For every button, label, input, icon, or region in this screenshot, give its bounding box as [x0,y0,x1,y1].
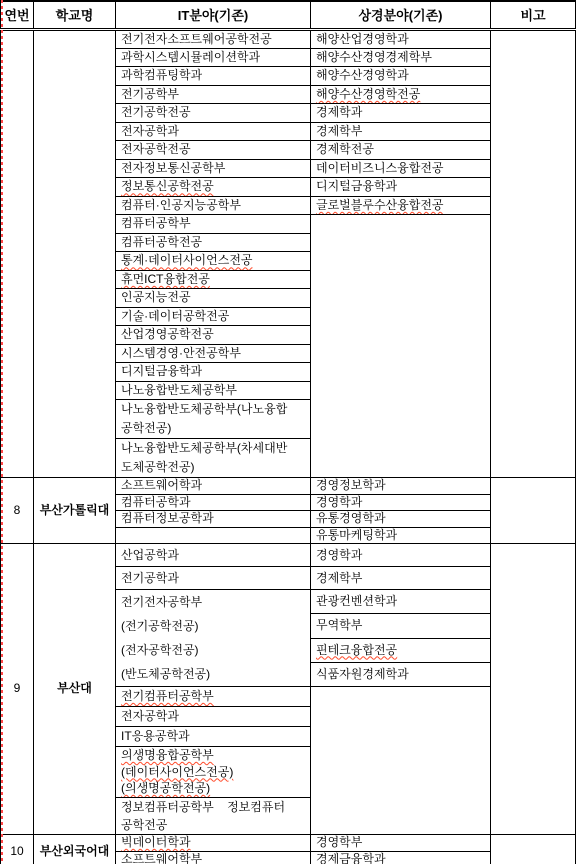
cell-it-major: 디지털금융학과 [116,363,311,382]
cell-group-no: 10 [1,834,34,864]
cell-it-major: 빅데이터학과 [116,834,311,851]
cell-it-major: 전기컴퓨터공학부 [116,687,311,707]
cell-it-major: 의생명융합공학부 (데이터사이언스전공) (의생명공학전공) [116,747,311,798]
cell-it-major: 전자정보통신공학부 [116,159,311,178]
cell-biz-major: 경제금융학과 [311,851,491,864]
cell-biz-major: 유통마케팅학과 [311,527,491,544]
cell-biz-major: 경제학과 [311,104,491,123]
cell-biz-major: 핀테크융합전공 [311,638,491,662]
cell-biz-major: 경영학부 [311,834,491,851]
cell-group-no [1,30,34,478]
cell-it-major: 나노융합반도체공학부(차세대반 도체공학전공) [116,439,311,478]
cell-it-major: 과학시스템시뮬레이션학과 [116,48,311,67]
cell-note [491,478,576,544]
cell-biz-major: 해양수산경영경제학부 [311,48,491,67]
cell-it-major: 시스템경영·안전공학부 [116,344,311,363]
cell-school-name [34,30,116,478]
cell-biz-major: 유통경영학과 [311,511,491,528]
cell-biz-major: 해양수산경영학전공 [311,85,491,104]
cell-it-major: 컴퓨터공학부 [116,215,311,234]
cell-it-major: 나노융합반도체공학부 [116,381,311,400]
cell-line: 공학전공 [121,816,310,834]
cell-it-major: 휴먼ICT융합전공 [116,270,311,289]
cell-biz-major: 디지털금융학과 [311,178,491,197]
table-row: 전기전자소프트웨어공학전공 해양산업경영학과 [1,30,576,49]
cell-line: (반도체공학전공) [121,662,310,686]
cell-line: 도체공학전공) [121,458,310,477]
cell-biz-major: 식품자원경제학과 [311,662,491,686]
cell-it-major: 전자공학전공 [116,141,311,160]
cell-note [491,544,576,835]
document-page: 연번 학교명 IT분야(기존) 상경분야(기존) 비고 전기전자소프트웨어공학전… [0,0,579,864]
cell-group-no: 9 [1,544,34,835]
cell-it-major: 전기공학전공 [116,104,311,123]
cell-it-major: 소프트웨어학과 [116,478,311,495]
cell-it-major: 전기공학부 [116,85,311,104]
cell-it-major: 전기전자공학부 (전기공학전공) (전자공학전공) (반도체공학전공) [116,590,311,687]
cell-it-major: 전기공학과 [116,567,311,590]
cell-line: (전기공학전공) [121,614,310,638]
cell-biz-major: 경영학과 [311,544,491,567]
cell-it-major: IT응용공학과 [116,727,311,747]
cell-biz-major: 해양산업경영학과 [311,30,491,49]
cell-note [491,30,576,478]
cell-it-major: 산업공학과 [116,544,311,567]
cell-it-major: 나노융합반도체공학부(나노융합 공학전공) [116,400,311,439]
empty-cell [311,687,491,835]
cell-it-major: 정보통신공학전공 [116,178,311,197]
cell-note [491,834,576,864]
cell-biz-major: 글로벌블루수산융합전공 [311,196,491,215]
cell-line: (전자공학전공) [121,638,310,662]
cell-line: 나노융합반도체공학부(나노융합 [121,400,310,419]
cell-line: (데이터사이언스전공) [121,764,310,781]
cell-biz-major: 무역학부 [311,614,491,638]
cell-it-major: 과학컴퓨팅학과 [116,67,311,86]
cell-line: (의생명공학전공) [121,780,310,797]
cell-it-major: 컴퓨터공학전공 [116,233,311,252]
cell-line: 정보컴퓨터공학부 정보컴퓨터 [121,798,310,816]
cell-school-name: 부산외국어대 [34,834,116,864]
table-row: 9 부산대 산업공학과 경영학과 [1,544,576,567]
empty-cell [311,215,491,478]
cell-biz-major: 경제학전공 [311,141,491,160]
cell-it-major: 통계·데이터사이언스전공 [116,252,311,271]
cell-it-major: 정보컴퓨터공학부 정보컴퓨터 공학전공 [116,797,311,834]
cell-it-major: 전자공학과 [116,122,311,141]
col-header-school: 학교명 [34,1,116,30]
cell-it-major: 전기전자소프트웨어공학전공 [116,30,311,49]
cell-it-major [116,527,311,544]
cell-line: 공학전공) [121,419,310,438]
cell-it-major: 컴퓨터정보공학과 [116,511,311,528]
col-header-no: 연번 [1,1,34,30]
cell-it-major: 컴퓨터공학과 [116,494,311,511]
cell-it-major: 소프트웨어학부 [116,851,311,864]
cell-biz-major: 해양수산경영학과 [311,67,491,86]
cell-biz-major: 경제학부 [311,122,491,141]
cell-it-major: 산업경영공학전공 [116,326,311,345]
cell-it-major: 기술·데이터공학전공 [116,307,311,326]
table-row: 8 부산가톨릭대 소프트웨어학과 경영정보학과 [1,478,576,495]
header-row: 연번 학교명 IT분야(기존) 상경분야(기존) 비고 [1,1,576,30]
cell-it-major: 컴퓨터·인공지능공학부 [116,196,311,215]
cell-biz-major: 경영정보학과 [311,478,491,495]
cell-it-major: 전자공학과 [116,707,311,727]
cell-group-no: 8 [1,478,34,544]
university-majors-table: 연번 학교명 IT분야(기존) 상경분야(기존) 비고 전기전자소프트웨어공학전… [0,0,576,864]
cell-biz-major: 관광컨벤션학과 [311,590,491,614]
cell-biz-major: 데이터비즈니스융합전공 [311,159,491,178]
cell-line: 의생명융합공학부 [121,747,310,764]
col-header-biz: 상경분야(기존) [311,1,491,30]
cell-line: 전기전자공학부 [121,590,310,614]
page-break-indicator [1,0,3,864]
table-row: 10 부산외국어대 빅데이터학과 경영학부 [1,834,576,851]
col-header-it: IT분야(기존) [116,1,311,30]
cell-school-name: 부산대 [34,544,116,835]
cell-biz-major: 경영학과 [311,494,491,511]
cell-it-major: 인공지능전공 [116,289,311,308]
cell-school-name: 부산가톨릭대 [34,478,116,544]
col-header-note: 비고 [491,1,576,30]
cell-biz-major: 경제학부 [311,567,491,590]
cell-line: 나노융합반도체공학부(차세대반 [121,439,310,458]
